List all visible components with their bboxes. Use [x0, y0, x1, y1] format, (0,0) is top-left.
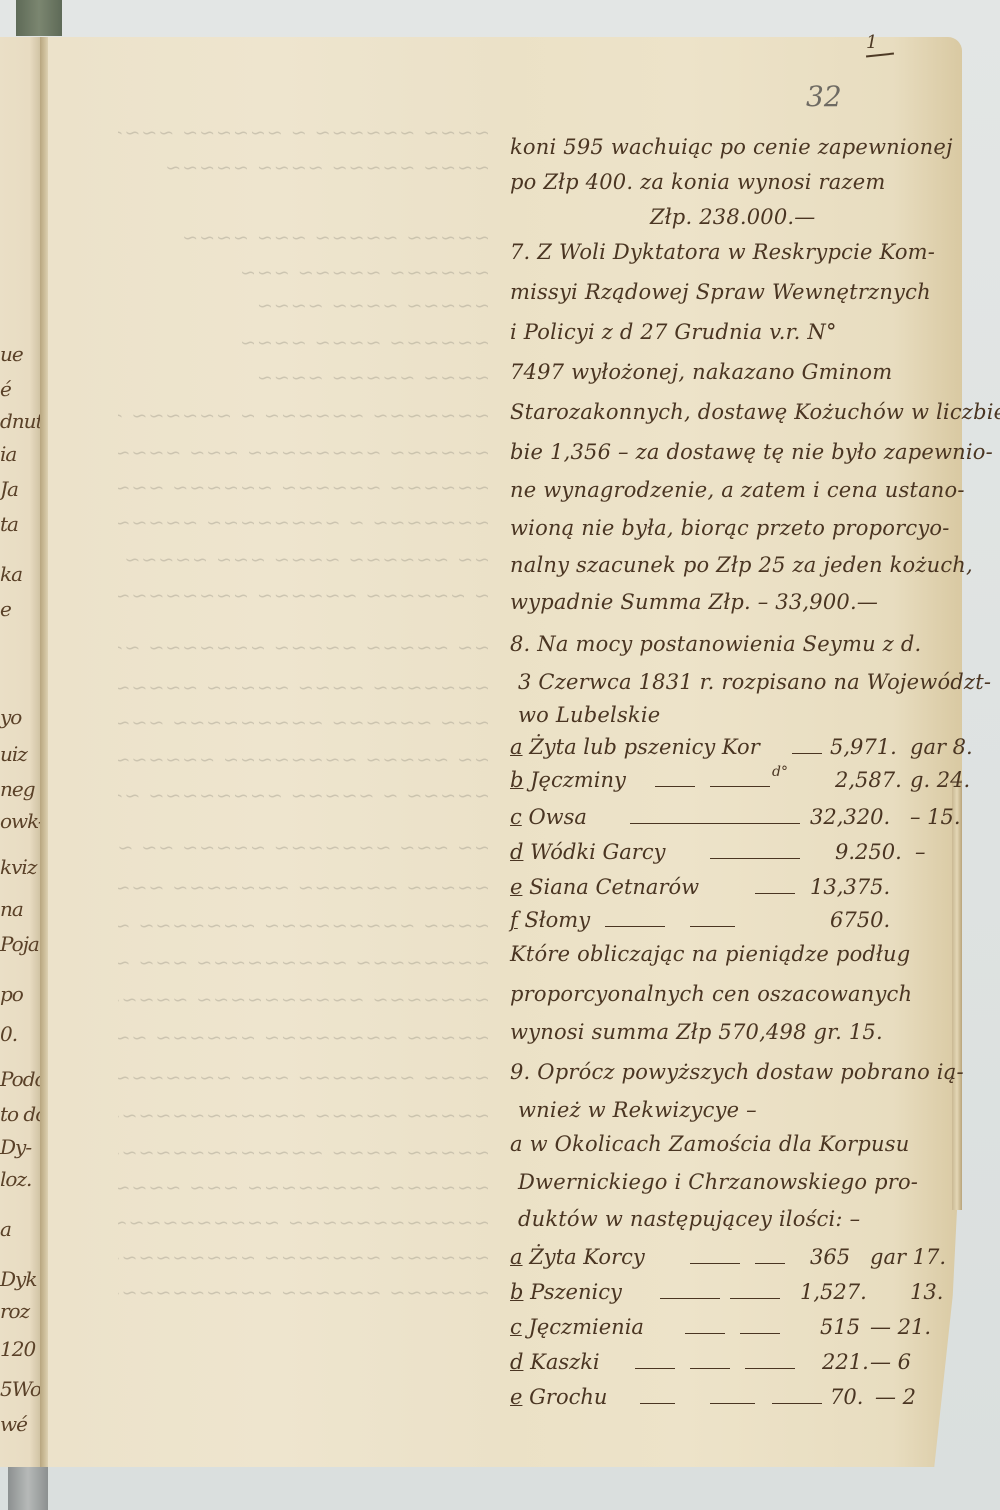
item-letter: d Wódki Garcy	[510, 840, 665, 864]
text-line: Które obliczając na pieniądze podług	[510, 942, 960, 966]
bleed-text: ~~~~~~ ~~~~~~ ~~~~~~ ~~~~~~~	[118, 477, 490, 497]
text-line-total: Złp. 238.000.—	[650, 205, 1000, 229]
bleed-text: ~~~~~~~ ~ ~~~~~~~~ ~~~~~ ~~~~	[118, 512, 490, 532]
text-line: 7497 wyłożonej, nakazano Gminom	[510, 360, 960, 384]
bleed-text: ~~~~~~ ~~~~~~~~ ~~~ ~~~~~ ~~~~	[118, 442, 490, 462]
page-number: 32	[806, 80, 842, 113]
bleed-text: ~~~~~ ~~~~~ ~~~~~~~~~~~~ ~~~~	[118, 1105, 490, 1125]
text-line: bie 1,356 – za dostawę tę nie było zapew…	[510, 440, 960, 464]
margin-fragment: na	[0, 897, 23, 921]
bleed-text: ~~~~~ ~~~~ ~~~~	[118, 295, 490, 315]
bleed-text: ~~~~~~~~~~~~ ~~~~~~~~~~~~~~	[118, 1212, 490, 1232]
bleed-text: ~~~~~ ~~~~~~ ~~~~~~~ ~~~~~~~~~~~~	[118, 877, 490, 897]
leader-dash	[772, 1403, 822, 1405]
margin-fragment: a	[0, 1217, 11, 1241]
ledger-row: b Jęczminy d° 2,587. g. 24.	[510, 768, 960, 798]
margin-fragment: ue	[0, 342, 23, 366]
margin-fragment: ka	[0, 562, 22, 586]
bleed-text: ~~~~~~ ~~~~~~~~ ~~~ ~~~~~~~~~	[118, 1177, 490, 1197]
section-heading: 9. Oprócz powyższych dostaw pobrano ią-	[510, 1060, 960, 1084]
ledger-row: b Pszenicy 1,527. 13.	[510, 1280, 960, 1310]
bleed-text: ~~~~~~ ~~~~~ ~~~	[118, 262, 490, 282]
text-line: wo Lubelskie	[518, 703, 968, 727]
item-unit: — 6	[870, 1350, 911, 1374]
item-quantity: 365	[810, 1245, 850, 1269]
text-line: wioną nie była, biorąc przeto proporcyo-	[510, 516, 960, 540]
margin-fragment: é	[0, 377, 11, 401]
leader-dash	[710, 858, 800, 860]
margin-fragment: Dyk	[0, 1267, 36, 1291]
bleed-text: ~~~~~~ ~~~~ ~~~~	[118, 332, 490, 352]
item-quantity: 1,527.	[800, 1280, 867, 1304]
item-quantity: 2,587.	[835, 768, 902, 792]
item-quantity: 6750.	[830, 908, 890, 932]
margin-fragment: roz	[0, 1299, 29, 1323]
item-unit: gar 17.	[870, 1245, 946, 1269]
bleed-text: ~~ ~~~~~~ ~~~~ ~~~ ~~~~~ ~~~~~~	[118, 549, 490, 569]
bleed-text: ~~~~~~ ~~~~~~~ ~~~~~~~~~~~~~	[118, 1247, 490, 1267]
margin-fragment: yo	[0, 705, 21, 729]
leader-dash	[740, 1333, 780, 1335]
bleed-text: ~~~~~ ~~~~~~~~ ~~~~~~ ~~~~~~~	[118, 1027, 490, 1047]
bleed-text: ~~~~~ ~~~~ ~~~~~~~~~~~~~~~~ ~~~~	[118, 1142, 490, 1162]
margin-fragment: loz.	[0, 1167, 31, 1191]
item-letter: c Jęczmienia	[510, 1315, 644, 1339]
ledger-row: c Owsa 32,320. – 15.	[510, 805, 960, 835]
margin-fragment: Poja	[0, 932, 39, 956]
item-unit: — 21.	[870, 1315, 931, 1339]
bleed-text: ~~ ~~~~~ ~~~~~ ~~~~~~~ ~~~~~~~~~~	[118, 637, 490, 657]
bleed-text: ~~~~ ~~~~~ ~~~~	[118, 367, 490, 387]
bleed-text: ~~~~~~~ ~~~~~~~~~~ ~~~~~~~	[118, 989, 490, 1009]
bleed-text: ~~~~ ~~~~~~~~~ ~~~~~~~ ~~~~~~~	[118, 915, 490, 935]
margin-fragment: neg	[0, 777, 35, 801]
ledger-row: a Żyta lub pszenicy Kor 5,971. gar 8.	[510, 735, 960, 765]
text-line: Starozakonnych, dostawę Kożuchów w liczb…	[510, 400, 960, 424]
bleed-text: ~~ ~~~ ~~~~~~~ ~~~~~ ~~ ~~~~~~~~	[118, 837, 490, 857]
margin-fragment: e	[0, 597, 11, 621]
text-line: i Policyi z d 27 Grudnia v.r. N°	[510, 320, 960, 344]
leader-dash	[690, 926, 735, 928]
text-line: nalny szacunek po Złp 25 za jeden kożuch…	[510, 553, 960, 577]
binding-ribbon-top	[16, 0, 62, 36]
item-quantity: 13,375.	[810, 875, 890, 899]
leader-dash	[745, 1368, 795, 1370]
leader-dash	[660, 1298, 720, 1300]
bleed-text: ~ ~~~~~~ ~~~~~~ ~~~~~~~~	[118, 585, 490, 605]
text-line: proporcyonalnych cen oszacowanych	[510, 982, 960, 1006]
item-unit: –	[915, 840, 926, 864]
leader-dash	[730, 1298, 780, 1300]
text-line: po Złp 400. za konia wynosi razem	[510, 170, 960, 194]
leader-dash	[710, 1403, 755, 1405]
section-heading: 8. Na mocy postanowienia Seymu z d.	[510, 632, 960, 656]
margin-fragment: owk-	[0, 809, 42, 833]
leader-dash	[710, 786, 770, 788]
text-line: missyi Rządowej Spraw Wewnętrznych	[510, 280, 960, 304]
text-line: wypadnie Summa Złp. – 33,900.—	[510, 590, 960, 614]
margin-fragment: wé	[0, 1412, 27, 1436]
text-line: duktów w następującey ilości: –	[518, 1207, 968, 1231]
ditto-mark: d°	[772, 764, 788, 780]
item-letter: d Kaszki	[510, 1350, 600, 1374]
ledger-row: e Siana Cetnarów 13,375.	[510, 875, 960, 905]
leader-dash	[685, 1333, 725, 1335]
margin-fragment: kviz	[0, 855, 36, 879]
ledger-row: a Żyta Korcy 365 gar 17.	[510, 1245, 960, 1275]
leader-dash	[792, 753, 822, 755]
margin-fragment: Podo.	[0, 1067, 42, 1091]
margin-fragment: 120	[0, 1337, 35, 1361]
item-letter: a Żyta lub pszenicy Kor	[510, 735, 760, 759]
item-letter: a Żyta Korcy	[510, 1245, 645, 1269]
item-unit: 13.	[910, 1280, 943, 1304]
item-quantity: 32,320.	[810, 805, 890, 829]
item-quantity: 9.250.	[835, 840, 902, 864]
item-quantity: 515	[820, 1315, 860, 1339]
item-quantity: 221.	[822, 1350, 869, 1374]
item-quantity: 5,971.	[830, 735, 897, 759]
previous-page-edge: ue é dnut ia Ja ta ka e yo uiz neg owk- …	[0, 37, 42, 1467]
ledger-row: f Słomy 6750.	[510, 908, 960, 938]
item-unit: — 2	[875, 1385, 916, 1409]
ledger-row: e Grochu 70. — 2	[510, 1385, 960, 1415]
bleed-text: ~~ ~~~~~ ~~~~~~~~ ~~~~~~~~~~~~~~	[118, 749, 490, 769]
margin-fragment: dnut	[0, 409, 42, 433]
leader-dash	[690, 1368, 730, 1370]
corner-mark: 1	[866, 32, 877, 53]
margin-fragment: po	[0, 982, 23, 1006]
margin-fragment: Dy-	[0, 1135, 31, 1159]
leader-dash	[635, 1368, 675, 1370]
bleed-text: ~~~~~~ ~~~~~~ ~~~~~~~~~~	[118, 1282, 490, 1302]
item-unit: g. 24.	[910, 768, 970, 792]
left-page-bleed-through: ~~~~ ~~~~~~ ~ ~~~~~~ ~~~~~~~~ ~~~~ ~~~~~…	[48, 37, 500, 1467]
item-unit: – 15.	[910, 805, 961, 829]
bleed-text: ~~~~~ ~ ~~~~~ ~~~~~~~~ ~~~~~~~	[118, 785, 490, 805]
margin-fragment: 0.	[0, 1022, 17, 1046]
bleed-text: ~~~ ~~~~~~ ~~~~~~~~~ ~~~~~ ~~~~~~~	[118, 712, 490, 732]
item-letter: e Grochu	[510, 1385, 607, 1409]
leader-dash	[755, 893, 795, 895]
margin-fragment: uiz	[0, 742, 27, 766]
leader-dash	[655, 786, 695, 788]
bleed-text: ~~~~~~~ ~~~~~~ ~ ~~~~~~ ~~~~~~~~~	[118, 405, 490, 425]
leader-dash	[755, 1263, 785, 1265]
ledger-row: d Wódki Garcy 9.250. –	[510, 840, 960, 870]
margin-fragment: ia	[0, 442, 16, 466]
leader-dash	[605, 926, 665, 928]
leader-dash	[690, 1263, 740, 1265]
margin-fragment: ta	[0, 512, 18, 536]
bleed-text: ~~~~ ~~~~~~ ~ ~~~~~~ ~~~~~~~~	[118, 122, 490, 142]
text-line: wynosi summa Złp 570,498 gr. 15.	[510, 1020, 960, 1044]
leader-dash	[630, 823, 800, 825]
binding-ribbon-bottom	[8, 1465, 48, 1510]
text-line: wnież w Rekwizycye –	[518, 1098, 968, 1122]
item-letter: b Pszenicy	[510, 1280, 622, 1304]
bleed-text: ~~~~ ~~~~~ ~~~~ ~~~~~	[118, 157, 490, 177]
text-line: 7. Z Woli Dyktatora w Reskrypcie Kom-	[510, 240, 960, 264]
item-letter: f Słomy	[510, 908, 590, 932]
margin-fragment: to do	[0, 1102, 42, 1126]
text-line: Dwernickiego i Chrzanowskiego pro-	[518, 1170, 968, 1194]
text-line: 3 Czerwca 1831 r. rozpisano na Województ…	[518, 670, 968, 694]
leader-dash	[640, 1403, 675, 1405]
margin-fragment: Ja	[0, 477, 18, 501]
bleed-text: ~~~~ ~~~~~~~ ~~~ ~~~~~~~~~~ ~~~~~	[118, 1067, 490, 1087]
item-quantity: 70.	[830, 1385, 863, 1409]
ledger-row: d Kaszki 221. — 6	[510, 1350, 960, 1380]
bleed-text: ~~~~~~~ ~~~~ ~~~~~ ~~~~~~ ~~~~~~	[118, 677, 490, 697]
margin-fragment: 5Wo	[0, 1377, 41, 1401]
bleed-text: ~~~~~~~~ ~~~~~~~~~ ~~~ ~~~~~~~~	[118, 952, 490, 972]
bleed-text: ~~~~~ ~~~~~ ~~~ ~~~~	[118, 227, 490, 247]
item-letter: b Jęczminy	[510, 768, 626, 792]
text-line: koni 595 wachuiąc po cenie zapewnionej	[510, 135, 960, 159]
item-letter: c Owsa	[510, 805, 587, 829]
text-line: a w Okolicach Zamościa dla Korpusu	[510, 1132, 960, 1156]
item-letter: e Siana Cetnarów	[510, 875, 699, 899]
item-unit: gar 8.	[910, 735, 973, 759]
ledger-row: c Jęczmienia 515 — 21.	[510, 1315, 960, 1345]
text-line: ne wynagrodzenie, a zatem i cena ustano-	[510, 478, 960, 502]
